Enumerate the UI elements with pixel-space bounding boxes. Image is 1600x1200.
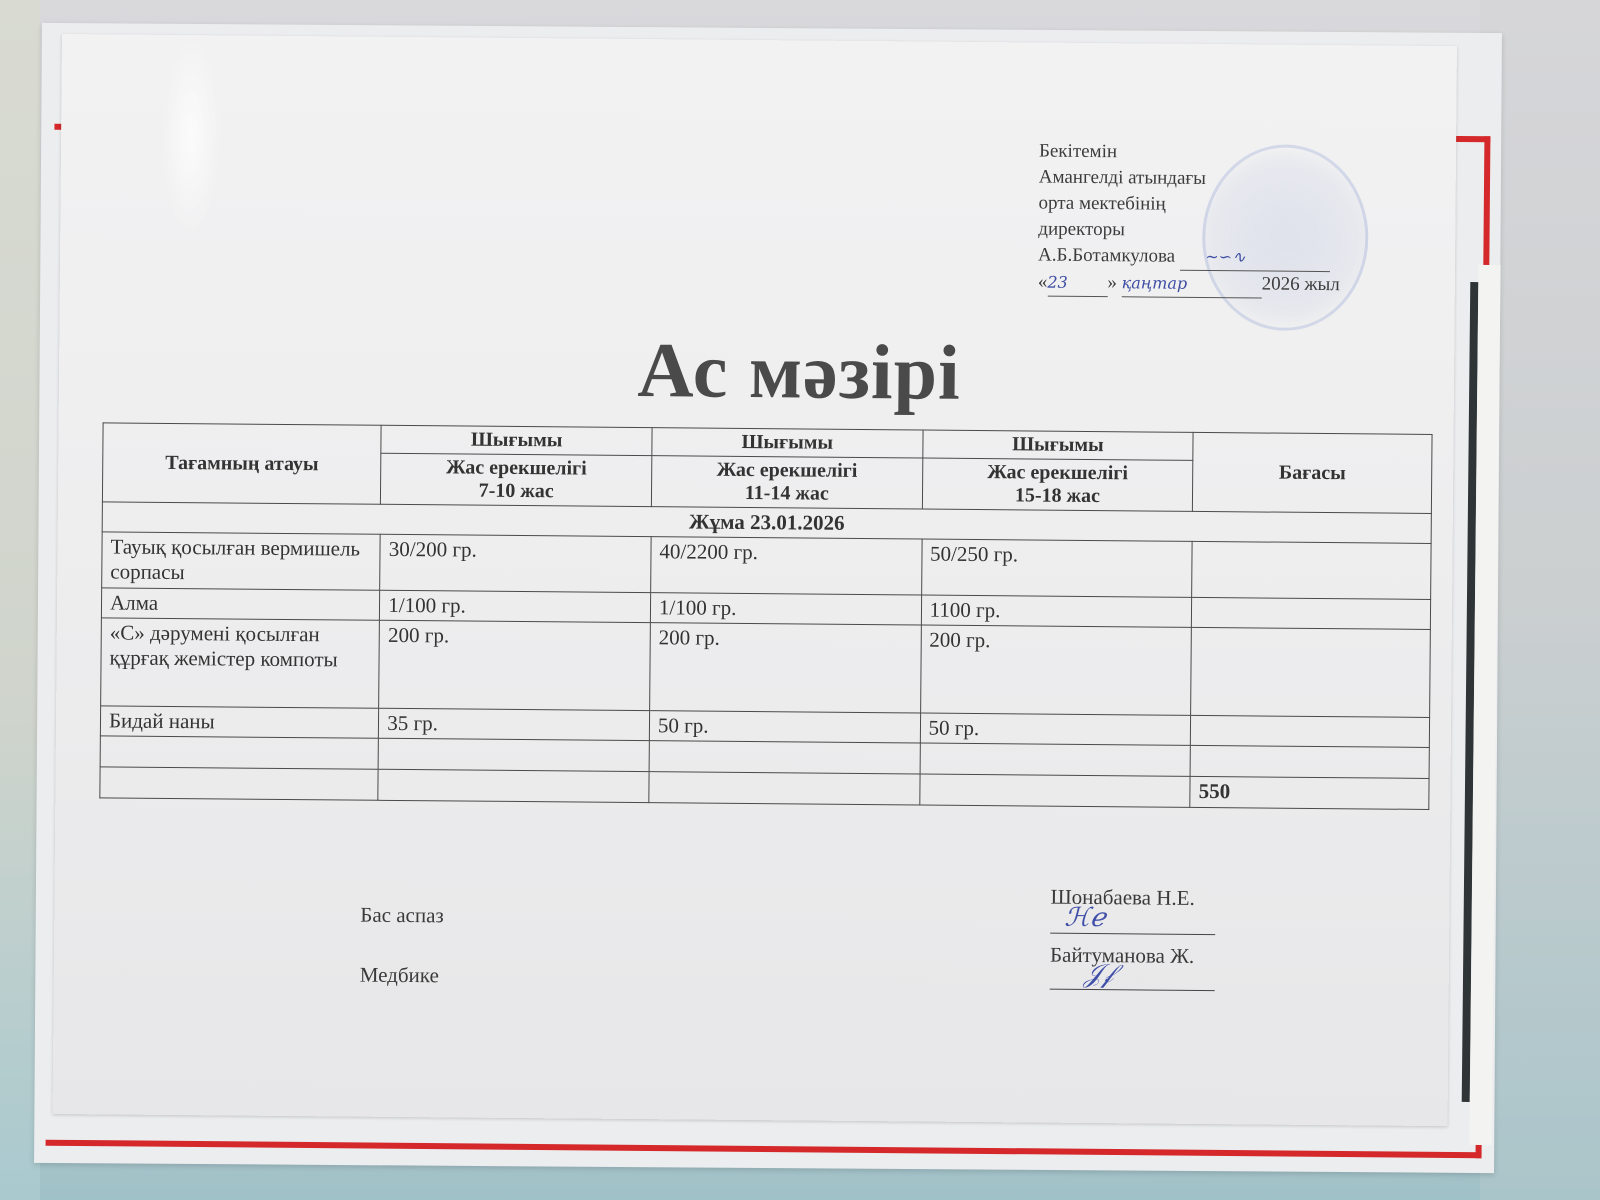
yield-7-10: 1/100 гр. bbox=[380, 590, 651, 622]
wall-background-left bbox=[0, 0, 40, 1200]
yield-11-14: 1/100 гр. bbox=[650, 593, 921, 625]
total-price: 550 bbox=[1190, 776, 1429, 809]
price bbox=[1191, 627, 1431, 717]
dish-name: Алма bbox=[101, 588, 380, 620]
yield-7-10 bbox=[378, 769, 649, 802]
approval-line: Бекітемін bbox=[1039, 139, 1419, 168]
nurse-name: Байтуманова Ж. bbox=[1050, 943, 1194, 969]
header-age-7-10: Жас ерекшелігі7-10 жас bbox=[381, 453, 652, 506]
date-month-field: қаңтар bbox=[1121, 270, 1261, 298]
yield-15-18: 1100 гр. bbox=[921, 595, 1192, 627]
date-month: қаңтар bbox=[1122, 273, 1188, 293]
approval-date: «23» қаңтар2026 жыл bbox=[1038, 270, 1418, 300]
approval-line: Амангелді атындағы bbox=[1039, 165, 1419, 194]
nurse-label: Медбике bbox=[360, 963, 439, 989]
header-dish-name: Тағамның атауы bbox=[102, 423, 381, 504]
header-age-range: 7-10 жас bbox=[389, 479, 643, 504]
nurse-signature-icon: 𝒥𝒻 bbox=[1084, 959, 1114, 990]
nurse-signature-line bbox=[1050, 989, 1215, 991]
approval-line: орта мектебінің bbox=[1038, 191, 1418, 220]
light-glare bbox=[160, 35, 222, 236]
chef-signature-icon: ℋℯ bbox=[1064, 903, 1105, 933]
chef-signature-line bbox=[1050, 933, 1215, 935]
yield-11-14: 200 гр. bbox=[650, 623, 921, 713]
date-year: 2026 жыл bbox=[1262, 273, 1340, 295]
chef-label: Бас аспаз bbox=[360, 903, 444, 929]
header-yield-3: Шығымы bbox=[922, 430, 1193, 460]
table-row: «С» дәрумені қосылған құрғақ жемістер ко… bbox=[101, 618, 1431, 718]
yield-15-18 bbox=[919, 774, 1190, 807]
signature-scribble-icon: ∼∽∿ bbox=[1180, 247, 1246, 267]
yield-11-14 bbox=[649, 772, 920, 805]
price bbox=[1192, 597, 1431, 629]
approval-block: Бекітемін Амангелді атындағы орта мектеб… bbox=[1038, 139, 1419, 300]
dish-name: Тауық қосылған вермишель сорпасы bbox=[102, 532, 381, 590]
header-age-label: Жас ерекшелігі bbox=[931, 461, 1185, 486]
page-title: Ас мәзірі bbox=[59, 320, 1540, 423]
yield-11-14 bbox=[649, 741, 920, 774]
yield-15-18 bbox=[920, 743, 1191, 776]
header-age-label: Жас ерекшелігі bbox=[660, 458, 914, 483]
price bbox=[1191, 715, 1430, 747]
menu-document: Бекітемін Амангелді атындағы орта мектеб… bbox=[53, 34, 1457, 1126]
yield-15-18: 200 гр. bbox=[920, 625, 1191, 715]
quote-open: « bbox=[1038, 272, 1048, 293]
menu-table: Тағамның атауы Шығымы Шығымы Шығымы Баға… bbox=[99, 422, 1432, 810]
header-age-15-18: Жас ерекшелігі15-18 жас bbox=[922, 458, 1193, 511]
signatures-block: Шонабаева Н.Е. ℋℯ Бас аспаз Байтуманова … bbox=[53, 854, 1449, 1026]
dish-name bbox=[100, 736, 379, 769]
dish-name: Бидай наны bbox=[100, 706, 379, 738]
header-yield-1: Шығымы bbox=[381, 425, 652, 455]
quote-close: » bbox=[1107, 272, 1117, 293]
yield-7-10: 200 гр. bbox=[379, 620, 650, 710]
price bbox=[1192, 541, 1431, 599]
header-yield-2: Шығымы bbox=[652, 428, 923, 458]
yield-15-18: 50/250 гр. bbox=[921, 539, 1192, 597]
header-price: Бағасы bbox=[1193, 432, 1432, 513]
yield-7-10 bbox=[378, 738, 649, 771]
yield-7-10: 35 гр. bbox=[379, 708, 650, 740]
header-age-range: 11-14 жас bbox=[660, 481, 914, 506]
yield-11-14: 40/2200 гр. bbox=[651, 537, 922, 595]
director-signature: ∼∽∿ bbox=[1180, 244, 1330, 272]
header-age-11-14: Жас ерекшелігі11-14 жас bbox=[651, 456, 922, 509]
dish-name bbox=[100, 767, 379, 800]
director-name: А.Б.Ботамкулова bbox=[1038, 245, 1175, 267]
director-signature-line: А.Б.Ботамкулова ∼∽∿ bbox=[1038, 243, 1418, 273]
header-age-label: Жас ерекшелігі bbox=[389, 456, 643, 481]
header-age-range: 15-18 жас bbox=[931, 484, 1185, 509]
date-day-field: 23 bbox=[1047, 270, 1107, 298]
price bbox=[1190, 745, 1429, 778]
yield-11-14: 50 гр. bbox=[649, 711, 920, 743]
approval-line: директоры bbox=[1038, 217, 1418, 246]
yield-15-18: 50 гр. bbox=[920, 713, 1191, 745]
dish-name: «С» дәрумені қосылған құрғақ жемістер ко… bbox=[101, 618, 380, 708]
yield-7-10: 30/200 гр. bbox=[380, 534, 651, 592]
date-day: 23 bbox=[1047, 273, 1068, 292]
